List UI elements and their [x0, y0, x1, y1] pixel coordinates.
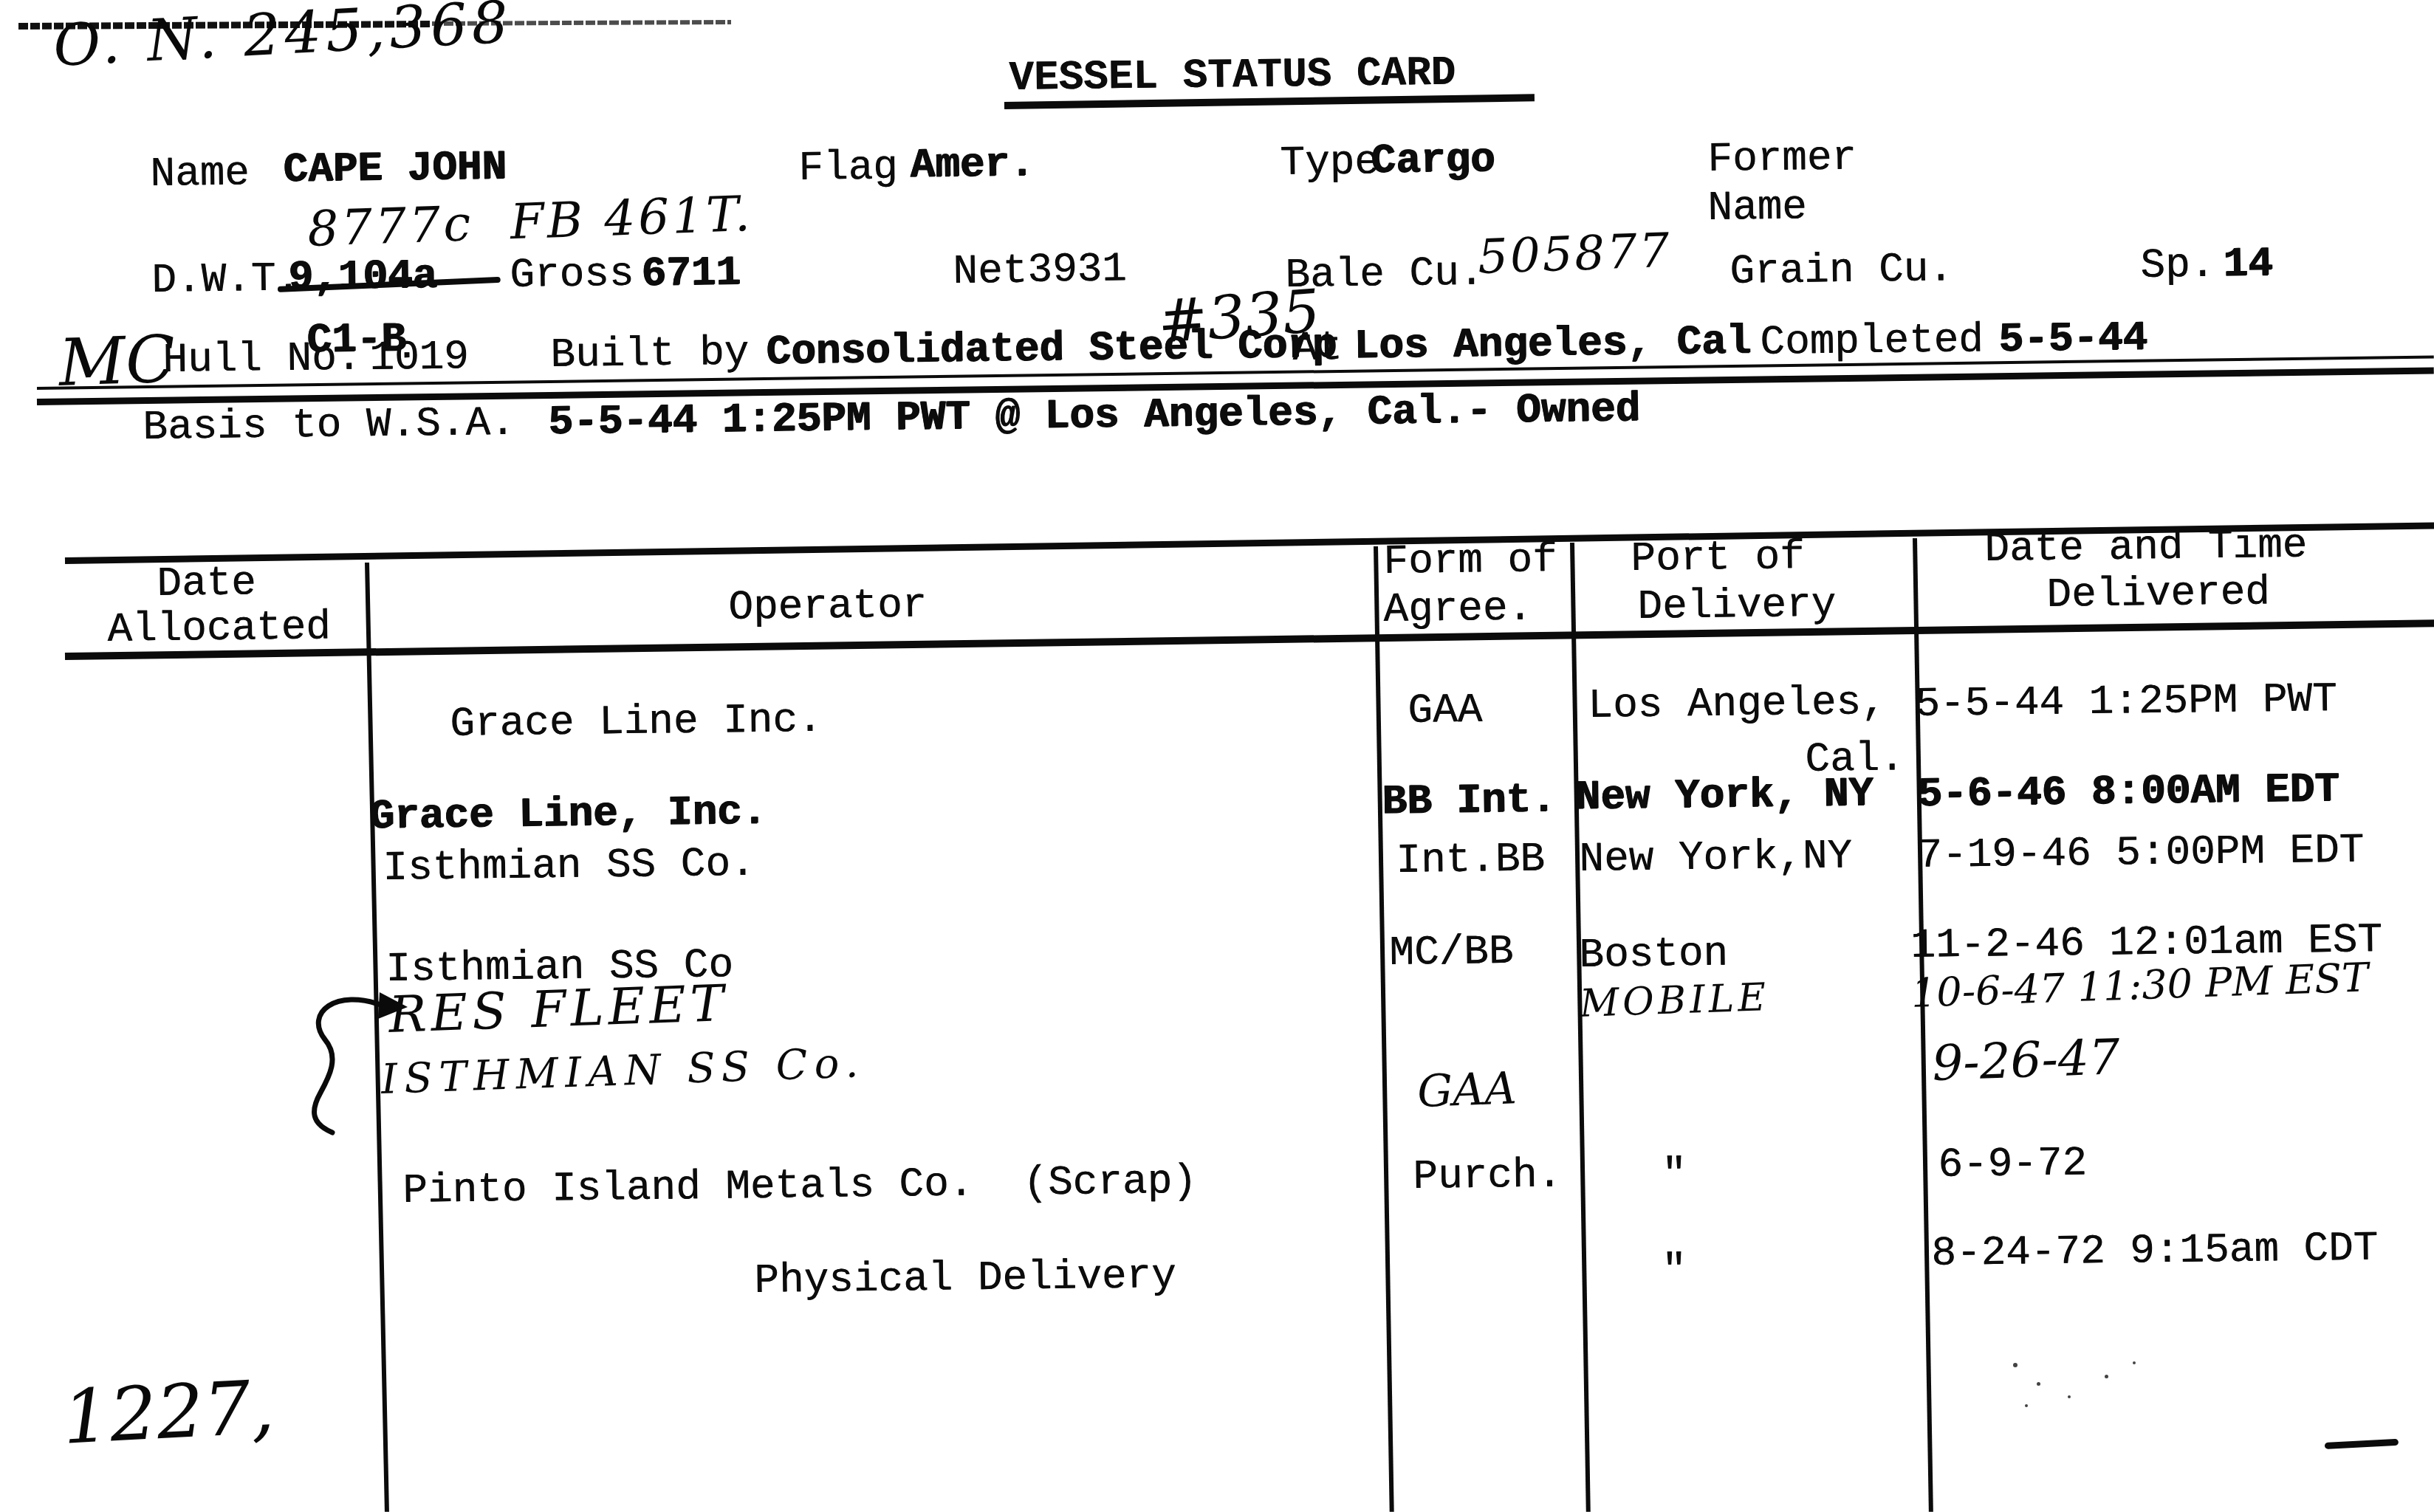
sp-label: Sp. [2140, 243, 2215, 288]
header-form-line1: Form of [1383, 537, 1557, 584]
col-divider-2 [1374, 546, 1394, 1512]
built-by-value: Consolidated Steel Corp [766, 323, 1337, 374]
header-port-line1: Port of [1631, 535, 1805, 581]
row-delivered: 7-19-46 5:00PM EDT [1917, 828, 2365, 878]
row-delivered: 6-9-72 [1938, 1141, 2087, 1187]
hull-no-value: 1019 [369, 334, 469, 380]
row-delivered-handwritten: 9-26-47 [1931, 1028, 2121, 1092]
row-operator: Grace Line, Inc. [369, 789, 767, 839]
scan-speck [2013, 1363, 2018, 1367]
row-delivered: 8-24-72 9:15am CDT [1931, 1226, 2379, 1276]
at-label: At [1292, 326, 1343, 371]
row-operator: Physical Delivery [754, 1254, 1176, 1303]
row-operator-handwritten: RES FLEET [388, 975, 729, 1045]
former-name-label-line1: Former [1707, 136, 1857, 182]
gross-label: Gross [510, 252, 634, 298]
row-port: Los Angeles, [1588, 680, 1886, 728]
vessel-status-card: O. N. 245,368 VESSEL STATUS CARD Name CA… [0, 0, 2434, 1512]
built-by-label: Built by [550, 331, 750, 377]
row-form: Purch. [1413, 1153, 1562, 1199]
dwt-value: 9,104a [288, 254, 437, 300]
completed-label: Completed [1760, 317, 1984, 365]
row-operator: Grace Line Inc. [450, 698, 823, 746]
capacity-note-handwritten: 8777c FB 461T. [306, 185, 754, 258]
row-delivered: 5-6-46 8:00AM EDT [1917, 767, 2339, 817]
vessel-name: CAPE JOHN [283, 145, 507, 192]
footer-number-handwritten: 1227, [61, 1364, 276, 1461]
row-form: GAA [1408, 688, 1483, 733]
row-port-ditto: " [1662, 1248, 1687, 1293]
row-port-ditto: " [1662, 1152, 1687, 1197]
hull-no-label: Hull No. [162, 336, 362, 382]
row-port-handwritten: MOBILE [1579, 975, 1770, 1026]
grain-cu-label: Grain Cu. [1729, 247, 1953, 294]
row-delivered: 5-5-44 1:25PM PWT [1915, 677, 2337, 726]
flag-label: Flag [798, 145, 898, 190]
net-label: Net [953, 249, 1028, 294]
row-port: Boston [1579, 932, 1728, 977]
sp-value: 14 [2223, 241, 2273, 286]
bale-cu-value-handwritten: 505877 [1477, 224, 1673, 285]
header-delivered-line1: Date and Time [1984, 523, 2308, 571]
gross-value: 6711 [641, 250, 741, 296]
row-operator-handwritten: ISTHMIAN SS Co. [380, 1039, 865, 1104]
type-label: Type [1280, 140, 1379, 185]
header-port-line2: Delivery [1637, 583, 1837, 629]
official-number-handwritten: O. N. 245,368 [52, 0, 514, 80]
header-operator: Operator [728, 583, 928, 630]
at-value: Los Angeles, Cal [1354, 319, 1751, 368]
handwritten-arrow [295, 980, 421, 1147]
header-date-allocated-line1: Date [157, 560, 256, 606]
row-operator: Isthmian SS Co. [383, 842, 755, 890]
table-header-border [65, 619, 2434, 660]
dwt-label: D.W.T. [151, 257, 301, 303]
row-form-handwritten: GAA [1416, 1062, 1518, 1118]
name-label: Name [150, 151, 250, 196]
row-port: New York, NY [1575, 772, 1874, 819]
page-title: VESSEL STATUS CARD [1009, 51, 1456, 100]
scan-speck [2025, 1404, 2028, 1407]
row-form: BB Int. [1382, 777, 1556, 824]
basis-label: Basis to W.S.A. [143, 401, 515, 450]
scan-speck [2068, 1395, 2071, 1398]
type-value: Cargo [1371, 137, 1495, 183]
header-form-line2: Agree. [1383, 586, 1532, 632]
row-form: Int.BB [1396, 837, 1545, 883]
row-operator: Pinto Island Metals Co. (Scrap) [402, 1159, 1197, 1213]
net-value: 3931 [1027, 247, 1127, 292]
scan-speck [2105, 1375, 2108, 1378]
scan-speck [2037, 1382, 2040, 1386]
header-delivered-line2: Delivered [2046, 570, 2270, 617]
row-form: MC/BB [1389, 929, 1514, 975]
pen-dash-bottom-right [2325, 1439, 2399, 1449]
scan-speck [2133, 1361, 2136, 1364]
completed-value: 5-5-44 [1998, 316, 2147, 362]
row-port: New York,NY [1579, 834, 1852, 882]
former-name-label-line2: Name [1707, 185, 1807, 230]
flag-value: Amer. [910, 142, 1035, 188]
header-date-allocated-line2: Allocated [107, 605, 331, 652]
